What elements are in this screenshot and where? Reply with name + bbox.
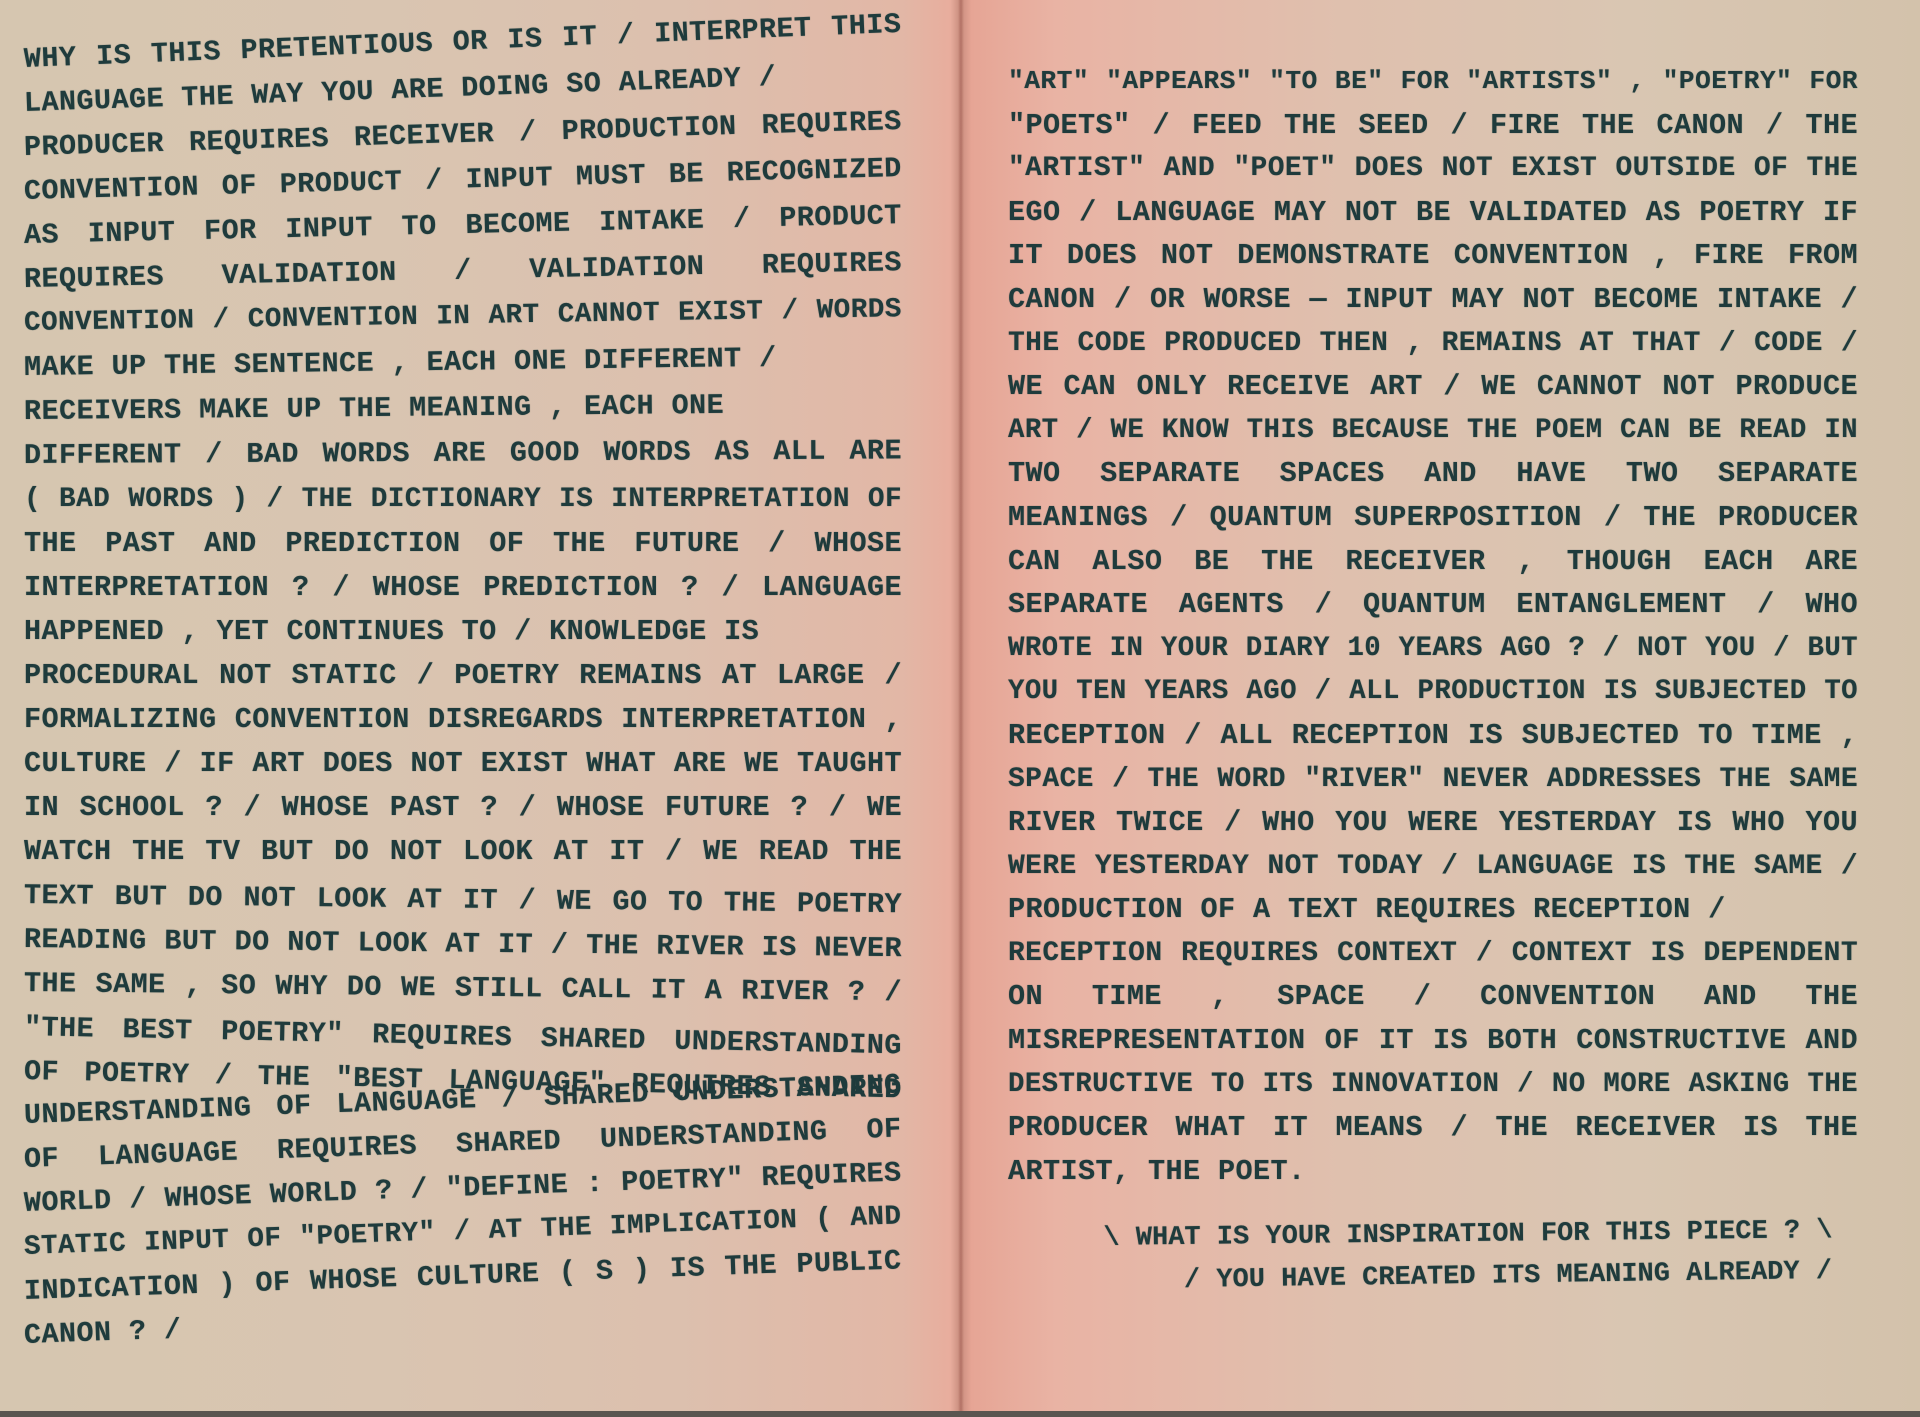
- text-line: "ART" "APPEARS" "TO BE" FOR "ARTISTS" , …: [1008, 60, 1858, 104]
- text-line: PRODUCTION OF A TEXT REQUIRES RECEPTION …: [1008, 888, 1858, 932]
- text-line: WE CAN ONLY RECEIVE ART / WE CANNOT NOT …: [1008, 365, 1858, 409]
- text-line: THE CODE PRODUCED THEN , REMAINS AT THAT…: [1008, 322, 1858, 366]
- text-line: SEPARATE AGENTS / QUANTUM ENTANGLEMENT /…: [1008, 583, 1858, 627]
- text-line: WERE YESTERDAY NOT TODAY / LANGUAGE IS T…: [1008, 845, 1858, 889]
- left-page: WHY IS THIS PRETENTIOUS OR IS IT / INTER…: [0, 0, 958, 1417]
- text-line: HAPPENED , YET CONTINUES TO / KNOWLEDGE …: [24, 610, 902, 654]
- text-line: ART / WE KNOW THIS BECAUSE THE POEM CAN …: [1008, 409, 1858, 453]
- text-line: ON TIME , SPACE / CONVENTION AND THE: [1008, 975, 1858, 1019]
- text-line: "POETS" / FEED THE SEED / FIRE THE CANON…: [1008, 104, 1858, 148]
- text-line: IT DOES NOT DEMONSTRATE CONVENTION , FIR…: [1008, 234, 1858, 278]
- right-page: "ART" "APPEARS" "TO BE" FOR "ARTISTS" , …: [964, 0, 1920, 1417]
- text-line: DIFFERENT / BAD WORDS ARE GOOD WORDS AS …: [24, 429, 902, 478]
- text-line: IN SCHOOL ? / WHOSE PAST ? / WHOSE FUTUR…: [24, 786, 902, 830]
- text-line: FORMALIZING CONVENTION DISREGARDS INTERP…: [24, 698, 902, 742]
- text-line: THE SAME , SO WHY DO WE STILL CALL IT A …: [24, 962, 902, 1015]
- text-line: YOU TEN YEARS AGO / ALL PRODUCTION IS SU…: [1008, 670, 1858, 714]
- right-page-text: "ART" "APPEARS" "TO BE" FOR "ARTISTS" , …: [1008, 60, 1858, 1193]
- text-line: RECEPTION REQUIRES CONTEXT / CONTEXT IS …: [1008, 932, 1858, 976]
- text-line: TWO SEPARATE SPACES AND HAVE TWO SEPARAT…: [1008, 452, 1858, 496]
- closing-question: \ WHAT IS YOUR INSPIRATION FOR THIS PIEC…: [1088, 1214, 1848, 1298]
- text-line: CAN ALSO BE THE RECEIVER , THOUGH EACH A…: [1008, 540, 1858, 584]
- text-line: CANON / OR WORSE — INPUT MAY NOT BECOME …: [1008, 278, 1858, 322]
- text-line: PROCEDURAL NOT STATIC / POETRY REMAINS A…: [24, 654, 902, 698]
- text-line: RIVER TWICE / WHO YOU WERE YESTERDAY IS …: [1008, 801, 1858, 845]
- text-line: WROTE IN YOUR DIARY 10 YEARS AGO ? / NOT…: [1008, 627, 1858, 671]
- text-line: MEANINGS / QUANTUM SUPERPOSITION / THE P…: [1008, 496, 1858, 540]
- text-line: MAKE UP THE SENTENCE , EACH ONE DIFFEREN…: [24, 335, 902, 390]
- text-line: RECEPTION / ALL RECEPTION IS SUBJECTED T…: [1008, 714, 1858, 758]
- left-page-text: WHY IS THIS PRETENTIOUS OR IS IT / INTER…: [24, 38, 902, 1358]
- text-line: SPACE / THE WORD "RIVER" NEVER ADDRESSES…: [1008, 758, 1858, 802]
- book-spread: WHY IS THIS PRETENTIOUS OR IS IT / INTER…: [0, 0, 1920, 1417]
- text-line: ARTIST, THE POET.: [1008, 1150, 1858, 1194]
- text-line: CULTURE / IF ART DOES NOT EXIST WHAT ARE…: [24, 742, 902, 786]
- text-line: PRODUCER WHAT IT MEANS / THE RECEIVER IS…: [1008, 1106, 1858, 1150]
- text-line: DESTRUCTIVE TO ITS INNOVATION / NO MORE …: [1008, 1063, 1858, 1107]
- text-line: "ARTIST" AND "POET" DOES NOT EXIST OUTSI…: [1008, 147, 1858, 191]
- text-line: WATCH THE TV BUT DO NOT LOOK AT IT / WE …: [24, 830, 902, 874]
- text-line: MISREPRESENTATION OF IT IS BOTH CONSTRUC…: [1008, 1019, 1858, 1063]
- text-line: ( BAD WORDS ) / THE DICTIONARY IS INTERP…: [24, 478, 902, 522]
- text-line: THE PAST AND PREDICTION OF THE FUTURE / …: [24, 522, 902, 566]
- text-line: EGO / LANGUAGE MAY NOT BE VALIDATED AS P…: [1008, 191, 1858, 235]
- text-line: INTERPRETATION ? / WHOSE PREDICTION ? / …: [24, 566, 902, 610]
- text-line: RECEIVERS MAKE UP THE MEANING , EACH ONE: [24, 382, 902, 434]
